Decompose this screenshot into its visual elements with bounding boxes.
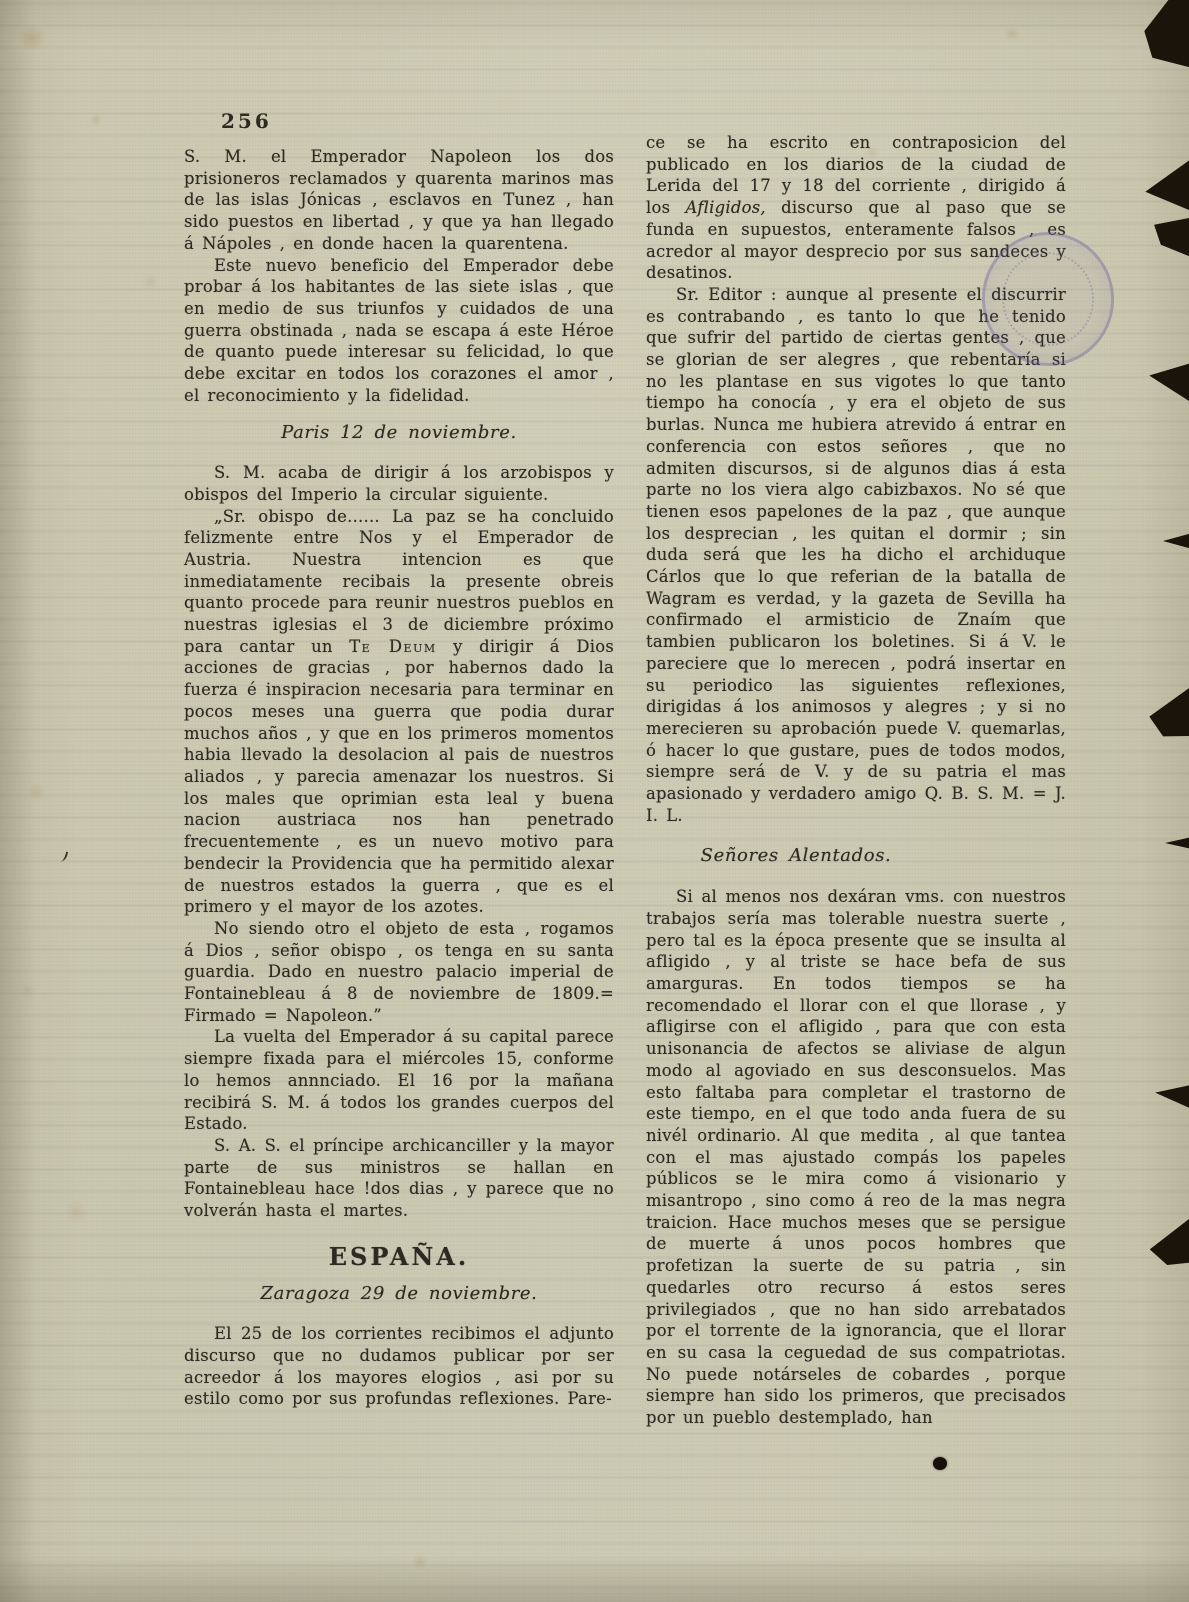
page-edge-tear [1141, 0, 1189, 69]
page-edge-tear [1143, 156, 1189, 217]
paragraph-letter-to-editor: Sr. Editor : aunque al presente el discu… [646, 284, 1066, 827]
page-edge-tear [1147, 684, 1189, 740]
right-column: ce se ha escrito en contraposicion del p… [646, 132, 1066, 1429]
left-column: S. M. el Emperador Napoleon los dos pris… [184, 146, 614, 1410]
page-edge-tear [1154, 1078, 1189, 1113]
paragraph: Si al menos nos dexáran vms. con nuestro… [646, 886, 1066, 1429]
paragraph: S. M. acaba de dirigir á los arzobispos … [184, 462, 614, 505]
paragraph-text: „Sr. obispo de...... La paz se ha conclu… [184, 507, 614, 656]
page-edge-tear [1165, 834, 1189, 852]
page-number: 256 [221, 109, 272, 133]
scanned-newspaper-page: 256 S. M. el Emperador Napoleon los dos … [0, 0, 1189, 1602]
section-heading-espana: ESPAÑA. [184, 1246, 614, 1268]
page-edge-tear [1163, 530, 1189, 552]
paragraph-circular: „Sr. obispo de...... La paz se ha conclu… [184, 506, 614, 918]
paragraph: ce se ha escrito en contraposicion del p… [646, 132, 1066, 284]
page-edge-tear [1148, 197, 1189, 257]
ink-speck [59, 850, 68, 862]
paragraph: Este nuevo beneficio del Emperador debe … [184, 255, 614, 407]
dateline-paris: Paris 12 de noviembre. [184, 422, 614, 444]
paragraph: No siendo otro el objeto de esta , rogam… [184, 918, 614, 1027]
paragraph: S. A. S. el príncipe archicanciller y la… [184, 1135, 614, 1222]
ink-dot [933, 1457, 947, 1470]
te-deum-smallcaps: Te Deum [349, 637, 436, 656]
afligidos-italic: Afligidos, [686, 198, 766, 217]
dateline-zaragoza: Zaragoza 29 de noviembre. [184, 1283, 614, 1305]
heading-senores-alentados: Señores Alentados. [646, 845, 946, 867]
paragraph: La vuelta del Emperador á su capital par… [184, 1026, 614, 1135]
paragraph: S. M. el Emperador Napoleon los dos pris… [184, 146, 614, 255]
paragraph: El 25 de los corrientes recibimos el adj… [184, 1323, 614, 1410]
page-edge-tear [1146, 353, 1189, 406]
paragraph-text: y dirigir á Dios acciones de gracias , p… [184, 637, 614, 916]
page-edge-tear [1145, 1216, 1189, 1270]
